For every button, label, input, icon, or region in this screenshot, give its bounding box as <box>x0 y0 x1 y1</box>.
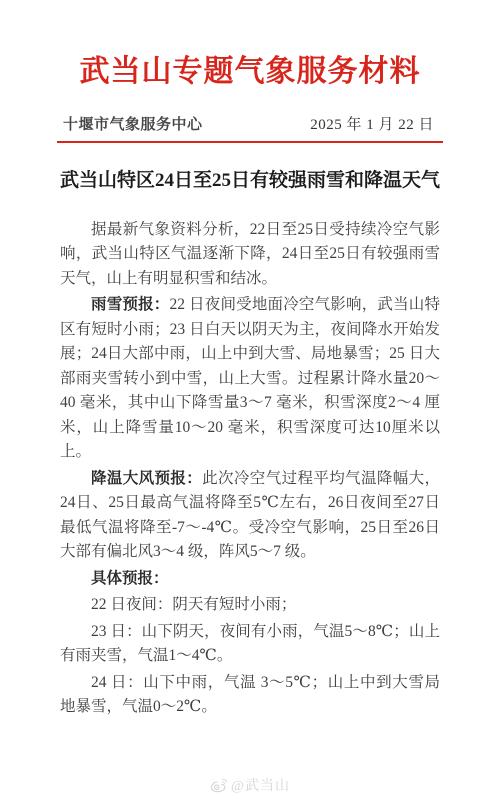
document-page: 武当山专题气象服务材料 十堰市气象服务中心 2025 年 1 月 22 日 武当… <box>0 0 500 801</box>
forecast-item-day23: 23 日：山下阴天，夜间有小雨，气温5～8℃；山上有雨夹雪，气温1～4℃。 <box>60 620 440 669</box>
bulletin-headline: 武当山特区24日至25日有较强雨雪和降温天气 <box>57 169 443 193</box>
forecast-item-text: 22 日夜间：阴天有短时小雨； <box>91 596 296 613</box>
meta-row: 十堰市气象服务中心 2025 年 1 月 22 日 <box>63 113 434 134</box>
watermark: @武当山 <box>210 775 290 795</box>
rain-snow-forecast-text: 22 日夜间受地面冷空气影响，武当山特区有短时小雨；23 日白天以阴天为主，夜间… <box>60 296 440 460</box>
header-divider-rule <box>57 141 443 143</box>
detail-forecast-label: 具体预报： <box>91 570 169 587</box>
watermark-handle: @武当山 <box>231 775 290 795</box>
forecast-item-text: 23 日：山下阴天，夜间有小雨，气温5～8℃；山上有雨夹雪，气温1～4℃。 <box>60 623 440 665</box>
rain-snow-forecast-label: 雨雪预报： <box>91 296 169 313</box>
forecast-item-day24: 24 日：山下中雨，气温 3～5℃；山上中到大雪局地暴雪，气温0～2℃。 <box>60 671 440 720</box>
intro-text: 据最新气象资料分析，22日至25日受持续冷空气影响，武当山特区气温逐渐下降，24… <box>60 221 440 287</box>
weibo-icon <box>210 778 227 793</box>
issuing-agency: 十堰市气象服务中心 <box>63 113 203 134</box>
forecast-item-day22-night: 22 日夜间：阴天有短时小雨； <box>60 593 440 618</box>
intro-paragraph: 据最新气象资料分析，22日至25日受持续冷空气影响，武当山特区气温逐渐下降，24… <box>60 218 440 292</box>
cooling-wind-forecast-label: 降温大风预报： <box>91 470 202 487</box>
document-title: 武当山专题气象服务材料 <box>55 55 445 88</box>
cooling-wind-forecast-paragraph: 降温大风预报：此次冷空气过程平均气温降幅大，24日、25日最高气温将降至5℃左右… <box>60 467 440 565</box>
issue-date: 2025 年 1 月 22 日 <box>310 113 434 134</box>
bulletin-body: 据最新气象资料分析，22日至25日受持续冷空气影响，武当山特区气温逐渐下降，24… <box>60 218 440 720</box>
rain-snow-forecast-paragraph: 雨雪预报：22 日夜间受地面冷空气影响，武当山特区有短时小雨；23 日白天以阴天… <box>60 293 440 465</box>
detail-forecast-heading: 具体预报： <box>60 567 440 592</box>
forecast-item-text: 24 日：山下中雨，气温 3～5℃；山上中到大雪局地暴雪，气温0～2℃。 <box>60 674 440 716</box>
